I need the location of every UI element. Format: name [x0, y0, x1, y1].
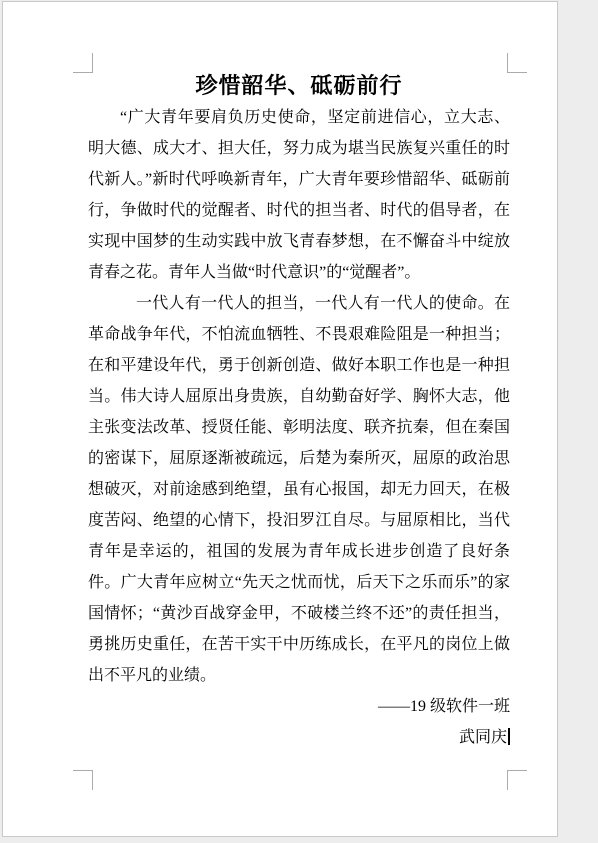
- margin-crop-mark-bottom-right: [507, 770, 527, 790]
- margin-crop-mark-bottom-left: [73, 770, 93, 790]
- text-cursor: [508, 728, 510, 745]
- signature-author-name[interactable]: 武同庆: [459, 729, 507, 746]
- signature-author-line[interactable]: 武同庆: [88, 722, 510, 753]
- signature-class-line[interactable]: ——19 级软件一班: [88, 691, 510, 722]
- document-text-area[interactable]: 珍惜韶华、砥砺前行 “广大青年要肩负历史使命，坚定前进信心，立大志、明大德、成大…: [88, 70, 510, 753]
- document-workspace: 珍惜韶华、砥砺前行 “广大青年要肩负历史使命，坚定前进信心，立大志、明大德、成大…: [0, 0, 598, 843]
- document-title[interactable]: 珍惜韶华、砥砺前行: [88, 70, 510, 102]
- paragraph-1[interactable]: “广大青年要肩负历史使命，坚定前进信心，立大志、明大德、成大才、担大任，努力成为…: [88, 102, 510, 288]
- margin-crop-mark-top-right: [507, 53, 527, 73]
- paragraph-2[interactable]: 一代人有一代人的担当，一代人有一代人的使命。在革命战争年代，不怕流血牺牲、不畏艰…: [88, 288, 510, 691]
